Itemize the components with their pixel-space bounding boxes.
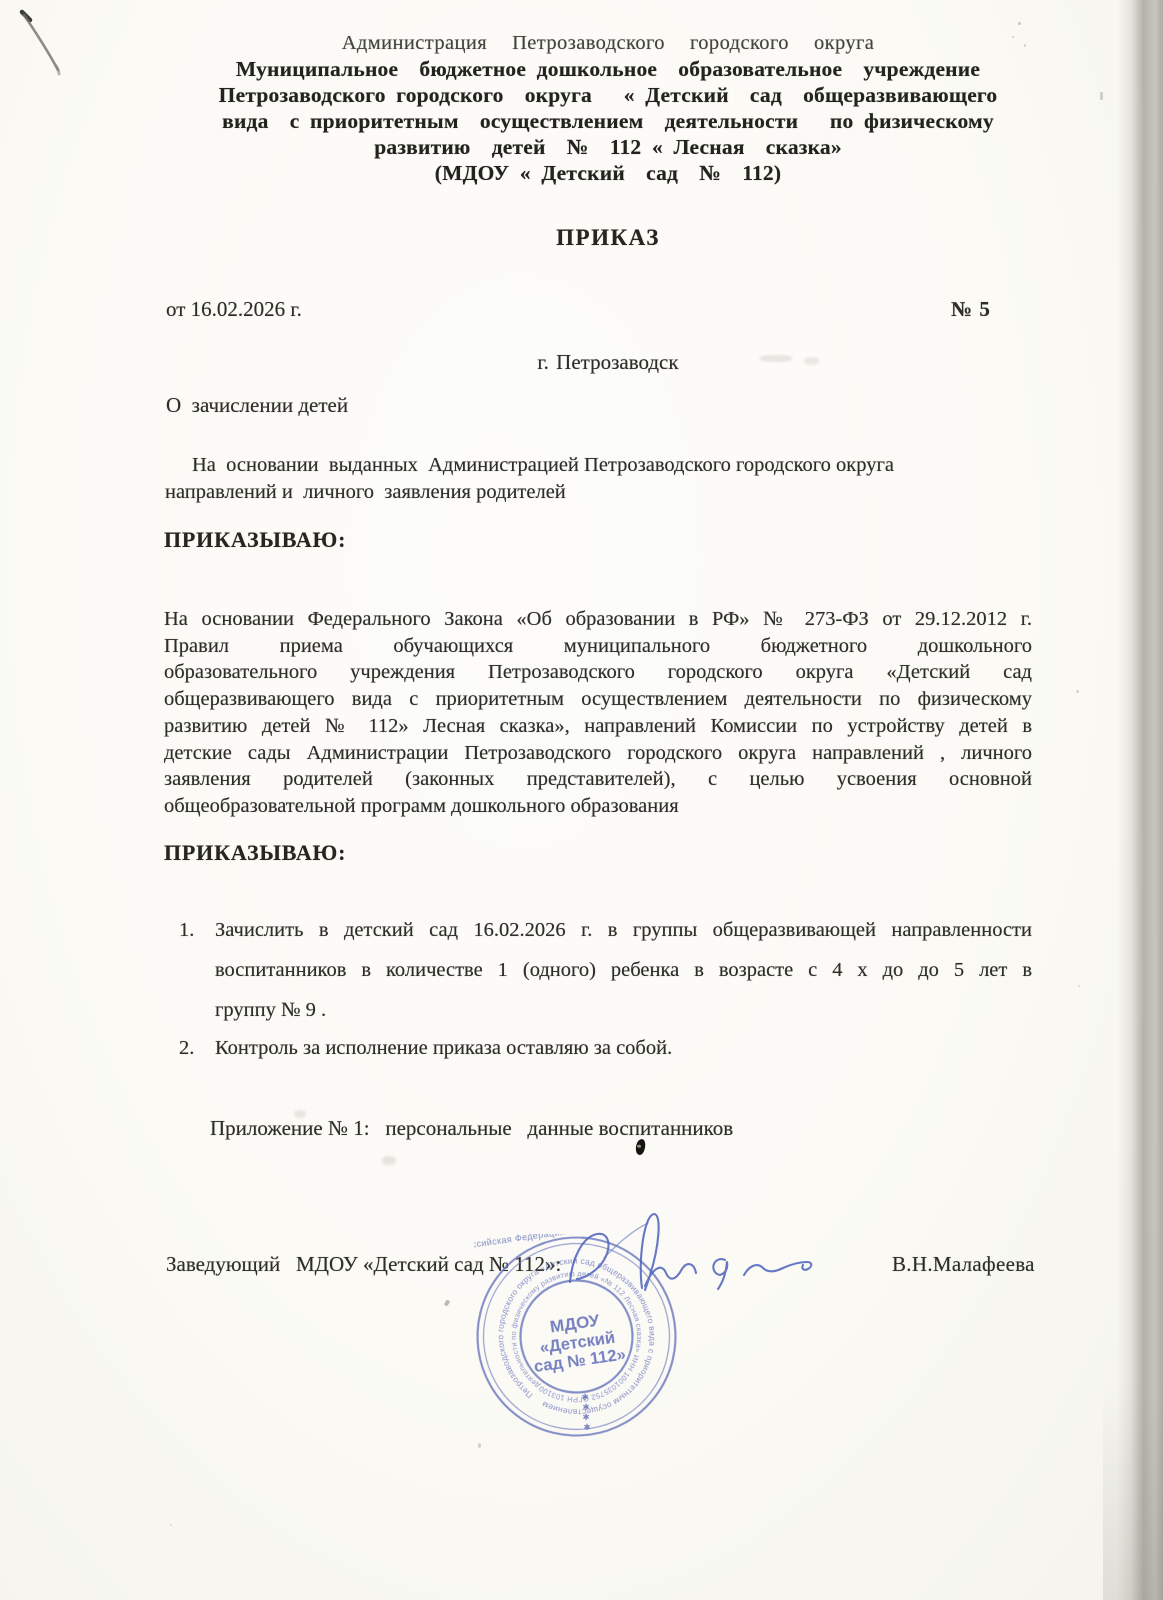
speck <box>170 1524 172 1526</box>
attachment-line: Приложение № 1: персональные данные восп… <box>210 1116 733 1141</box>
speck <box>1076 690 1079 693</box>
text-line: образовательного учреждения Петрозаводск… <box>164 659 1032 686</box>
smudge <box>294 1110 306 1118</box>
speck <box>1018 22 1021 25</box>
text-line: группу № 9 . <box>215 990 1032 1030</box>
order-item-2: 2. Контроль за исполнение приказа оставл… <box>163 1028 1032 1068</box>
speck <box>478 1443 481 1448</box>
smudge <box>382 1156 396 1165</box>
text-line: На основании Федерального Закона «Об обр… <box>164 606 1032 633</box>
text-line: вида с приоритетным осуществлением деяте… <box>163 108 1053 134</box>
order-date-row: от 16.02.2026 г. № 5 <box>163 297 1053 323</box>
text-line: заявления родителей (законных представит… <box>164 766 1032 793</box>
text-line: Зачислить в детский сад 16.02.2026 г. в … <box>215 910 1032 950</box>
order-number: № 5 <box>951 297 991 322</box>
text-line: общеобразовательной программ дошкольного… <box>164 793 1032 820</box>
order-title: ПРИКАЗ <box>163 225 1053 251</box>
speck <box>1012 36 1014 38</box>
letterhead: Администрация Петрозаводского городского… <box>163 30 1053 186</box>
speck <box>1100 92 1103 100</box>
order-date: от 16.02.2026 г. <box>166 297 302 322</box>
text-line: общеразвивающего вида с приоритетным осу… <box>164 686 1032 713</box>
text-line: детские сады Администрации Петрозаводско… <box>164 740 1032 767</box>
svg-text:✱: ✱ <box>582 1412 589 1422</box>
text-line: Контроль за исполнение приказа оставляю … <box>215 1028 1032 1068</box>
speck <box>1024 44 1026 47</box>
item-1-text: Зачислить в детский сад 16.02.2026 г. в … <box>215 910 1032 1030</box>
speck <box>1078 985 1080 987</box>
decree-word-1: ПРИКАЗЫВАЮ: <box>164 527 346 553</box>
text-line: развитию детей № 112 « Лесная сказка» <box>163 134 1053 160</box>
svg-text:✱: ✱ <box>581 1392 588 1402</box>
handwritten-signature <box>548 1203 818 1303</box>
text-line: Правил приема обучающихся муниципального… <box>164 633 1032 660</box>
text-line: (МДОУ « Детский сад № 112) <box>163 160 1053 186</box>
signatory-name: В.Н.Малафеева <box>892 1252 1035 1277</box>
order-basis-paragraph: На основании Федерального Закона «Об обр… <box>164 606 1032 820</box>
decree-word-2: ПРИКАЗЫВАЮ: <box>164 840 346 866</box>
speck <box>444 1299 451 1306</box>
text-line: Муниципальное бюджетное дошкольное образ… <box>163 56 1053 82</box>
text-line: воспитанников в количестве 1 (одного) ре… <box>215 950 1032 990</box>
pen-scratch-mark <box>14 6 84 86</box>
letterhead-org-name: Муниципальное бюджетное дошкольное образ… <box>163 56 1053 186</box>
text-line: развитию детей № 112» Лесная сказка», на… <box>164 713 1032 740</box>
order-city: г. Петрозаводск <box>163 350 1053 375</box>
svg-text:✱: ✱ <box>583 1422 590 1432</box>
smudge <box>804 357 819 365</box>
order-item-1: 1. Зачислить в детский сад 16.02.2026 г.… <box>163 910 1032 1030</box>
order-preamble: На основании выданных Администрацией Пет… <box>165 452 1033 505</box>
text-line: Петрозаводского городского округа « Детс… <box>163 82 1053 108</box>
scan-edge-corner-shadow <box>1103 1380 1163 1600</box>
item-2-text: Контроль за исполнение приказа оставляю … <box>215 1028 1032 1068</box>
text-line: На основании выданных Администрацией Пет… <box>165 452 1033 479</box>
smudge <box>760 355 792 362</box>
speck <box>1003 932 1005 935</box>
order-subject: О зачислении детей <box>166 393 348 418</box>
item-1-number: 1. <box>179 910 194 950</box>
item-2-number: 2. <box>179 1028 194 1068</box>
scan-edge-shadow <box>1117 0 1163 1600</box>
svg-text:✱: ✱ <box>582 1402 589 1412</box>
letterhead-administration-line: Администрация Петрозаводского городского… <box>163 30 1053 56</box>
scanned-order-document: Администрация Петрозаводского городского… <box>0 0 1163 1600</box>
text-line: направлений и личного заявления родителе… <box>165 479 1033 506</box>
